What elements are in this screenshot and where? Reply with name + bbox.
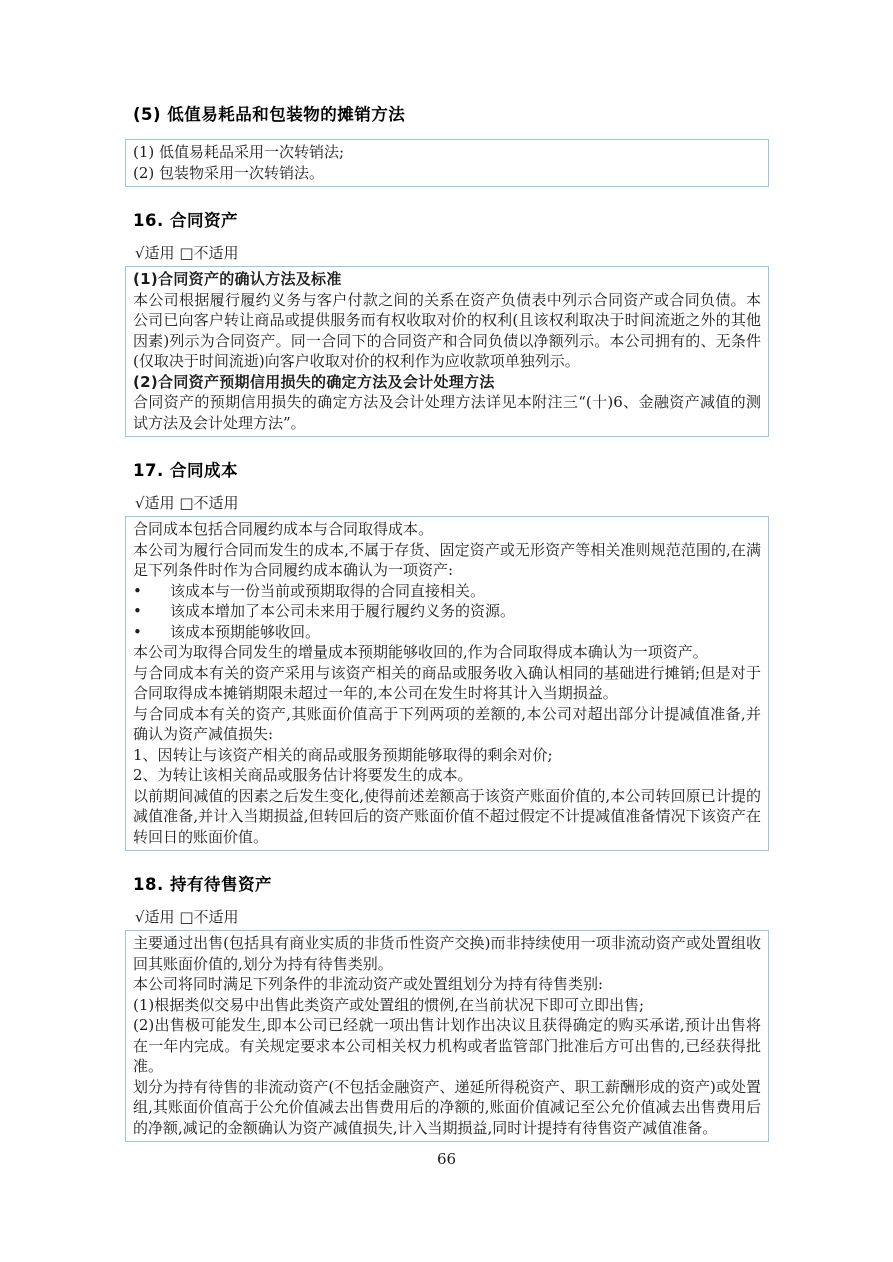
policy-paragraph: 与合同成本有关的资产,其账面价值高于下列两项的差额的,本公司对超出部分计提减值准… [133, 704, 761, 745]
section-item-5-amortization: (5) 低值易耗品和包装物的摊销方法 (1) 低值易耗品采用一次转销法; (2)… [125, 104, 769, 187]
policy-box: (1)合同资产的确认方法及标准 本公司根据履行履约义务与客户付款之间的关系在资产… [125, 266, 769, 437]
section-heading: (5) 低值易耗品和包装物的摊销方法 [133, 104, 769, 126]
policy-paragraph: 本公司为履行合同而发生的成本,不属于存货、固定资产或无形资产等相关准则规范范围的… [133, 540, 761, 581]
policy-paragraph: 合同成本包括合同履约成本与合同取得成本。 [133, 519, 761, 540]
policy-paragraph: 划分为持有待售的非流动资产(不包括金融资产、递延所得税资产、职工薪酬形成的资产)… [133, 1077, 761, 1139]
policy-bullet-item: • 该成本预期能够收回。 [133, 622, 761, 643]
bullet-icon: • [133, 601, 170, 622]
policy-box: 合同成本包括合同履约成本与合同取得成本。 本公司为履行合同而发生的成本,不属于存… [125, 516, 769, 851]
policy-paragraph: 本公司为取得合同发生的增量成本预期能够收回的,作为合同取得成本确认为一项资产。 [133, 642, 761, 663]
section-heading: 17. 合同成本 [133, 460, 769, 482]
policy-bullet-item: • 该成本增加了本公司未来用于履行履约义务的资源。 [133, 601, 761, 622]
policy-box: 主要通过出售(包括具有商业实质的非货币性资产交换)而非持续使用一项非流动资产或处… [125, 930, 769, 1142]
bullet-icon: • [133, 581, 170, 602]
applicability-line: √适用 □不适用 [135, 493, 769, 513]
document-page: (5) 低值易耗品和包装物的摊销方法 (1) 低值易耗品采用一次转销法; (2)… [0, 0, 893, 1262]
page-number-footer: 66 [0, 1150, 893, 1168]
policy-subheading: (2)合同资产预期信用损失的确定方法及会计处理方法 [133, 372, 761, 393]
section-18-held-for-sale-assets: 18. 持有待售资产 √适用 □不适用 主要通过出售(包括具有商业实质的非货币性… [125, 874, 769, 1142]
policy-paragraph: 主要通过出售(包括具有商业实质的非货币性资产交换)而非持续使用一项非流动资产或处… [133, 933, 761, 974]
policy-paragraph: (2) 包装物采用一次转销法。 [133, 163, 761, 184]
policy-paragraph: 本公司根据履行履约义务与客户付款之间的关系在资产负债表中列示合同资产或合同负债。… [133, 290, 761, 372]
policy-paragraph: (1)根据类似交易中出售此类资产或处置组的惯例,在当前状况下即可立即出售; [133, 995, 761, 1016]
section-16-contract-assets: 16. 合同资产 √适用 □不适用 (1)合同资产的确认方法及标准 本公司根据履… [125, 210, 769, 437]
policy-paragraph: 合同资产的预期信用损失的确定方法及会计处理方法详见本附注三“(十)6、金融资产减… [133, 392, 761, 433]
policy-bullet-item: • 该成本与一份当前或预期取得的合同直接相关。 [133, 581, 761, 602]
applicability-line: √适用 □不适用 [135, 243, 769, 263]
section-heading: 18. 持有待售资产 [133, 874, 769, 896]
section-heading: 16. 合同资产 [133, 210, 769, 232]
policy-subheading: (1)合同资产的确认方法及标准 [133, 269, 761, 290]
policy-paragraph: 2、为转让该相关商品或服务估计将要发生的成本。 [133, 765, 761, 786]
policy-paragraph: 本公司将同时满足下列条件的非流动资产或处置组划分为持有待售类别: [133, 974, 761, 995]
policy-paragraph: 1、因转让与该资产相关的商品或服务预期能够取得的剩余对价; [133, 745, 761, 766]
policy-paragraph: 以前期间减值的因素之后发生变化,使得前述差额高于该资产账面价值的,本公司转回原已… [133, 786, 761, 848]
policy-paragraph: 该成本预期能够收回。 [170, 622, 761, 643]
policy-paragraph: (2)出售极可能发生,即本公司已经就一项出售计划作出决议且获得确定的购买承诺,预… [133, 1015, 761, 1077]
page-content: (5) 低值易耗品和包装物的摊销方法 (1) 低值易耗品采用一次转销法; (2)… [125, 104, 769, 1142]
policy-paragraph: 该成本增加了本公司未来用于履行履约义务的资源。 [170, 601, 761, 622]
policy-paragraph: 该成本与一份当前或预期取得的合同直接相关。 [170, 581, 761, 602]
policy-paragraph: 与合同成本有关的资产采用与该资产相关的商品或服务收入确认相同的基础进行摊销;但是… [133, 663, 761, 704]
policy-paragraph: (1) 低值易耗品采用一次转销法; [133, 142, 761, 163]
applicability-line: √适用 □不适用 [135, 907, 769, 927]
bullet-icon: • [133, 622, 170, 643]
section-17-contract-costs: 17. 合同成本 √适用 □不适用 合同成本包括合同履约成本与合同取得成本。 本… [125, 460, 769, 851]
policy-box: (1) 低值易耗品采用一次转销法; (2) 包装物采用一次转销法。 [125, 139, 769, 187]
